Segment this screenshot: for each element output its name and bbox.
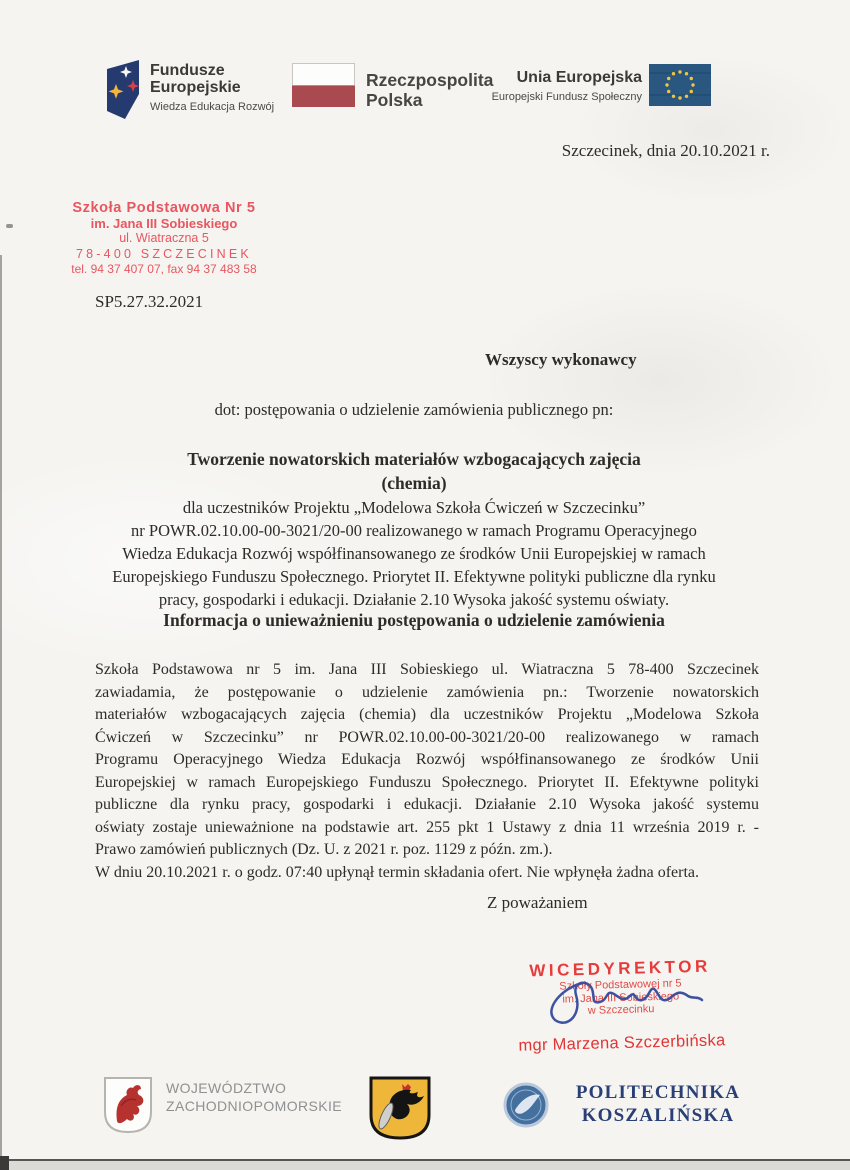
date-line: Szczecinek, dnia 20.10.2021 r. [562,141,770,161]
body-line: oświaty zostaje unieważnione na podstawi… [95,817,759,840]
scan-bottom-notch [0,1156,9,1170]
scan-speck [6,224,13,228]
subject-description: dla uczestników Projektu „Modelowa Szkoł… [0,496,828,611]
voivodeship-label-line2: ZACHODNIOPOMORSKIE [166,1098,342,1116]
body-line: Ćwiczeń w Szczecinku” nr POWR.02.10.00-0… [95,727,759,750]
body-line: Prawo zamówień publicznych (Dz. U. z 202… [95,839,759,862]
school-stamp-city: 78-400 SZCZECINEK [46,246,282,262]
eu-funds-logo: Fundusze Europejskie Wiedza Edukacja Roz… [105,58,274,121]
subject-description-line: nr POWR.02.10.00-00-3021/20-00 realizowa… [0,519,828,542]
subject-description-line: Europejskiego Funduszu Społecznego. Prio… [0,565,828,588]
poland-flag-white-stripe [292,63,355,85]
body-line: publiczne dla rynku pracy, gospodarki i … [95,794,759,817]
subject-title-2: (chemia) [0,473,828,494]
university-label: POLITECHNIKA KOSZALIŃSKA [553,1082,763,1127]
subject-title: Tworzenie nowatorskich materiałów wzboga… [0,449,828,470]
body-line: W dniu 20.10.2021 r. o godz. 07:40 upłyn… [95,862,759,885]
body-line: zawiadamia, że postępowanie o udzielenie… [95,682,759,705]
eu-funds-flag-icon [105,58,141,121]
subject-intro: dot: postępowania o udzielenie zamówieni… [0,400,828,420]
handwritten-signature [535,973,717,1040]
eu-label-title: Unia Europejska [470,69,642,87]
voivodeship-crest-icon [103,1076,153,1139]
eu-funds-title-line1: Fundusze [150,62,274,79]
subject-description-line: dla uczestników Projektu „Modelowa Szkoł… [0,496,828,519]
eu-flag-icon [649,64,711,111]
salutation: Z poważaniem [487,893,588,913]
school-stamp-patron: im. Jana III Sobieskiego [46,216,282,231]
school-stamp-street: ul. Wiatraczna 5 [46,231,282,246]
body-line: Szkoła Podstawowa nr 5 im. Jana III Sobi… [95,659,759,682]
university-label-line2: KOSZALIŃSKA [553,1105,763,1128]
school-stamp-phone: tel. 94 37 407 07, fax 94 37 483 58 [46,262,282,277]
voivodeship-label-line1: WOJEWÓDZTWO [166,1080,342,1098]
notice-heading: Informacja o unieważnieniu postępowania … [0,610,828,631]
eu-label-subtitle: Europejski Fundusz Społeczny [470,91,642,103]
eu-funds-logo-text: Fundusze Europejskie Wiedza Edukacja Roz… [150,58,274,121]
town-crest-icon [368,1075,432,1146]
body-line: Europejskiej w ramach Europejskiego Fund… [95,772,759,795]
eu-funds-subtitle: Wiedza Edukacja Rozwój [150,101,274,113]
poland-flag-red-stripe [292,85,355,107]
body-line: Programu Operacyjnego Wiedza Edukacja Ro… [95,749,759,772]
school-stamp-name: Szkoła Podstawowa Nr 5 [46,200,282,216]
scan-left-edge [0,255,2,1170]
eu-funds-title-line2: Europejskie [150,79,274,96]
school-stamp: Szkoła Podstawowa Nr 5 im. Jana III Sobi… [46,200,282,277]
voivodeship-label: WOJEWÓDZTWO ZACHODNIOPOMORSKIE [166,1080,342,1115]
poland-flag-icon [292,63,355,106]
subject-description-line: Wiedza Edukacja Rozwój współfinansowaneg… [0,542,828,565]
reference-number: SP5.27.32.2021 [95,292,203,312]
scan-bottom-band [0,1161,850,1170]
recipient: Wszyscy wykonawcy [485,350,637,370]
eu-label: Unia Europejska Europejski Fundusz Społe… [470,69,642,103]
subject-description-line: pracy, gospodarki i edukacji. Działanie … [0,588,828,611]
notice-body: Szkoła Podstawowa nr 5 im. Jana III Sobi… [95,659,759,884]
university-logo-icon [503,1082,549,1133]
university-label-line1: POLITECHNIKA [553,1082,763,1105]
scanned-letter-page: Fundusze Europejskie Wiedza Edukacja Roz… [0,0,850,1170]
body-line: materiałów wzbogacających zajęcia (chemi… [95,704,759,727]
